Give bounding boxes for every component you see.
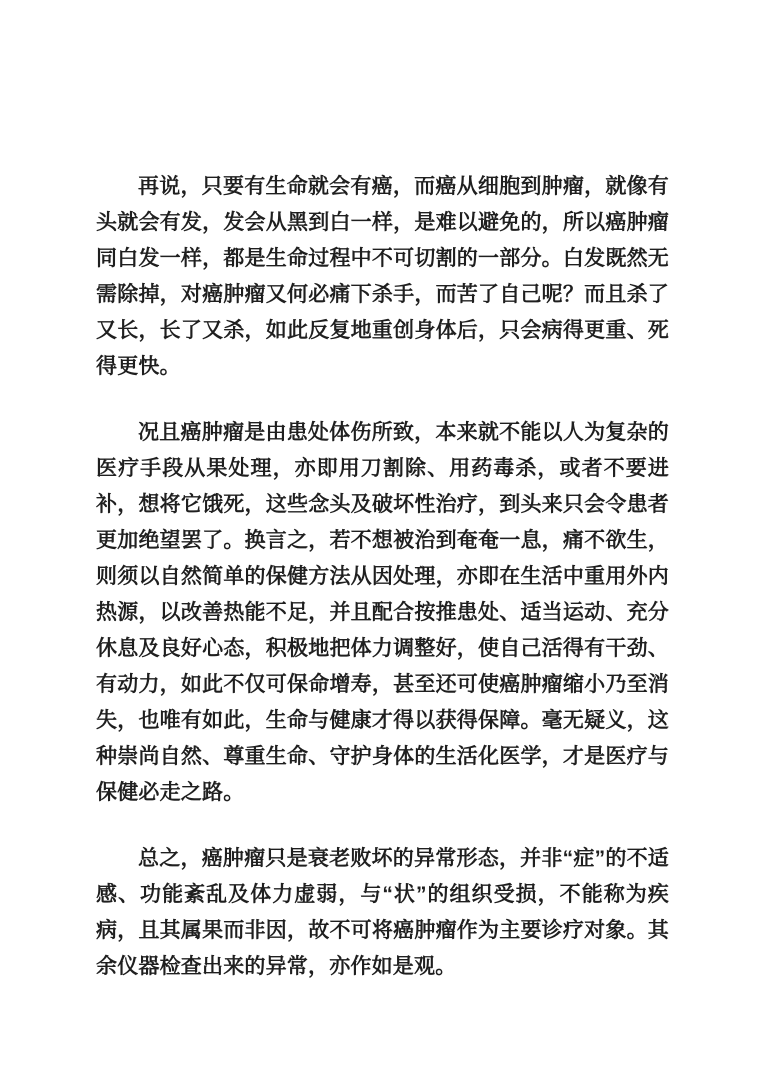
paragraph-1: 再说，只要有生命就会有癌，而癌从细胞到肿瘤，就像有头就会有发，发会从黑到白一样，… [96, 169, 669, 385]
paragraph-3: 总之，癌肿瘤只是衰老败坏的异常形态，并非“症”的不适感、功能紊乱及体力虚弱，与“… [96, 841, 669, 985]
paragraph-2: 况且癌肿瘤是由患处体伤所致，本来就不能以人为复杂的医疗手段从果处理，亦即用刀割除… [96, 415, 669, 811]
document-page: 再说，只要有生命就会有癌，而癌从细胞到肿瘤，就像有头就会有发，发会从黑到白一样，… [0, 0, 763, 1080]
